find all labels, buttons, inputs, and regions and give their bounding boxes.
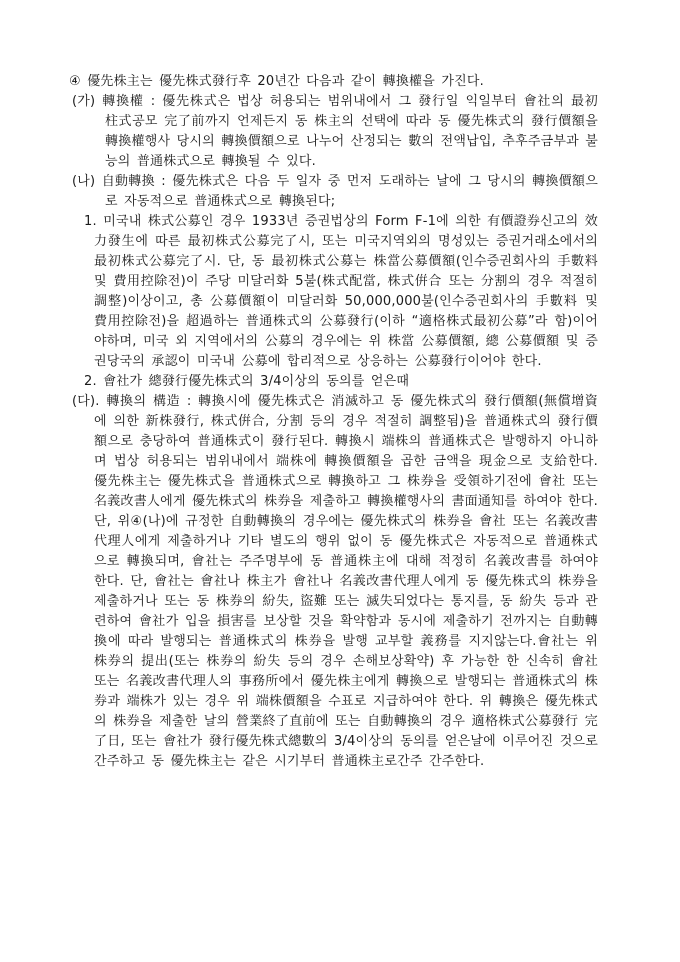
- document-page: ④ 優先株主는 優先株式發行후 20년간 다음과 같이 轉換權을 가진다. (가…: [0, 0, 680, 962]
- numbered-item-2-text: 會社가 總發行優先株式의 3/4이상의 동의를 얻은때: [103, 374, 409, 389]
- subitem-na-text: 自動轉換 : 優先株式은 다음 두 일자 중 먼저 도래하는 날에 그 당시의 …: [102, 174, 598, 209]
- subitem-ga-marker: (가): [72, 94, 95, 109]
- clause-4-marker: ④: [69, 74, 81, 89]
- subitem-ga: (가) 轉換權 : 優先株式은 법상 허용되는 범위내에서 그 發行일 익일부터…: [72, 92, 598, 172]
- subitem-da: (다). 轉換의 構造 : 轉換시에 優先株式은 消滅하고 동 優先株式의 發行…: [72, 392, 598, 772]
- clause-4-text: 優先株主는 優先株式發行후 20년간 다음과 같이 轉換權을 가진다.: [87, 74, 484, 89]
- numbered-item-2-marker: 2.: [84, 374, 97, 389]
- numbered-item-2: 2. 會社가 總發行優先株式의 3/4이상의 동의를 얻은때: [84, 372, 598, 392]
- subitem-na-marker: (나): [72, 174, 95, 189]
- clause-4-block: ④ 優先株主는 優先株式發行후 20년간 다음과 같이 轉換權을 가진다. (가…: [69, 72, 598, 772]
- numbered-item-1-text: 미국내 株式公募인 경우 1933년 증권법상의 Form F-1에 의한 有價…: [94, 214, 598, 369]
- numbered-item-1: 1. 미국내 株式公募인 경우 1933년 증권법상의 Form F-1에 의한…: [84, 212, 598, 372]
- numbered-item-1-marker: 1.: [84, 214, 97, 229]
- subitem-da-text: 轉換의 構造 : 轉換시에 優先株式은 消滅하고 동 優先株式의 發行價額(無償…: [94, 394, 598, 769]
- clause-4-heading: ④ 優先株主는 優先株式發行후 20년간 다음과 같이 轉換權을 가진다.: [69, 72, 598, 92]
- subitem-na: (나) 自動轉換 : 優先株式은 다음 두 일자 중 먼저 도래하는 날에 그 …: [72, 172, 598, 212]
- subitem-da-marker: (다).: [72, 394, 100, 409]
- subitem-ga-text: 轉換權 : 優先株式은 법상 허용되는 범위내에서 그 發行일 익일부터 會社의…: [102, 94, 598, 169]
